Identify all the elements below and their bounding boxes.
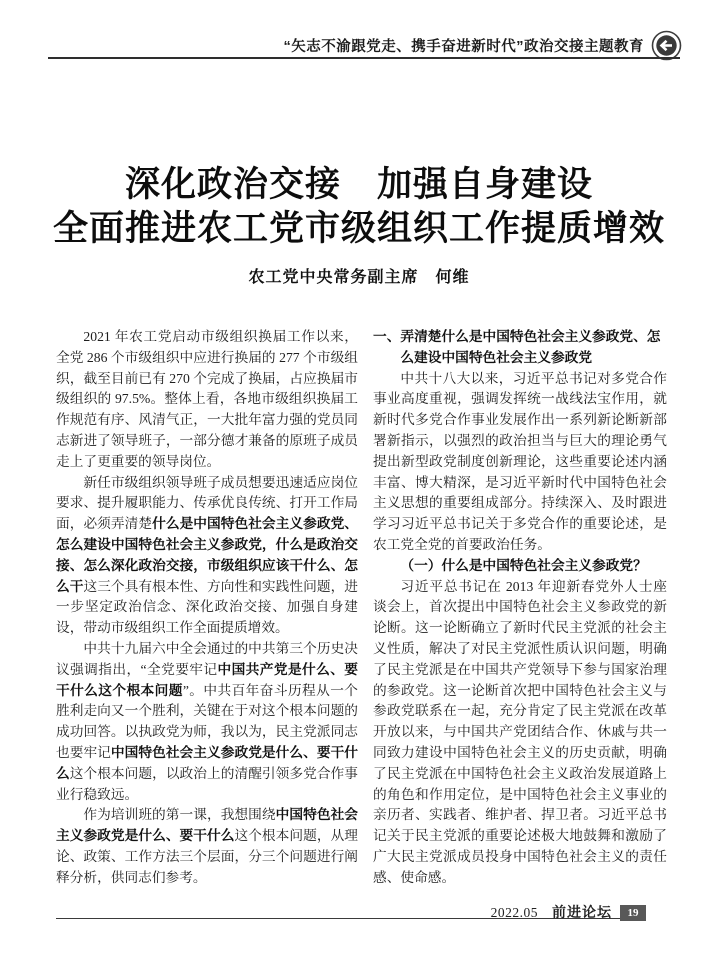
body-paragraph: 中共十九届六中全会通过的中共第三个历史决议强调指出，“全党要牢记中国共产党是什么… xyxy=(56,639,358,805)
article-title-block: 深化政治交接 加强自身建设 全面推进农工党市级组织工作提质增效 农工党中央常务副… xyxy=(0,163,718,287)
footer-meta: 2022.05前进论坛 xyxy=(56,902,612,922)
body-paragraph: 习近平总书记在 2013 年迎新春党外人士座谈会上，首次提出中国特色社会主义参政… xyxy=(373,577,667,889)
body-paragraph: 2021 年农工党启动市级组织换届工作以来，全党 286 个市级组织中应进行换届… xyxy=(56,327,358,473)
page-number-badge: 19 xyxy=(620,905,646,921)
body-text: 习近平总书记在 2013 年迎新春党外人士座谈会上，首次提出中国特色社会主义参政… xyxy=(373,579,667,885)
author-line: 农工党中央常务副主席 何维 xyxy=(0,264,718,287)
back-arrow-circle-icon xyxy=(651,30,682,61)
body-text: 这个根本问题，以政治上的清醒引领多党合作事业行稳致远。 xyxy=(56,766,358,802)
header-rule xyxy=(48,57,680,59)
header-strip: “矢志不渝跟党走、携手奋进新时代”政治交接主题教育 xyxy=(284,30,683,60)
section-heading: 一、弄清楚什么是中国特色社会主义参政党、怎么建设中国特色社会主义参政党 xyxy=(373,327,667,369)
body-text: （一）什么是中国特色社会主义参政党？ xyxy=(400,558,646,573)
article-title-line-2: 全面推进农工党市级组织工作提质增效 xyxy=(0,207,718,251)
body-paragraph: 作为培训班的第一课，我想围绕中国特色社会主义参政党是什么、要干什么这个根本问题，… xyxy=(56,805,358,888)
body-text: 2021 年农工党启动市级组织换届工作以来，全党 286 个市级组织中应进行换届… xyxy=(56,329,358,469)
body-paragraph: 中共十八大以来，习近平总书记对多党合作事业高度重视，强调发挥统一战线法宝作用，就… xyxy=(373,369,667,556)
body-text: 作为培训班的第一课，我想围绕 xyxy=(83,807,275,822)
body-text: 这三个具有根本性、方向性和实践性问题，进一步坚定政治信念、深化政治交接、加强自身… xyxy=(56,579,358,636)
right-column: 一、弄清楚什么是中国特色社会主义参政党、怎么建设中国特色社会主义参政党中共十八大… xyxy=(373,327,667,889)
issue-label: 2022.05 xyxy=(491,905,538,920)
magazine-page: “矢志不渝跟党走、携手奋进新时代”政治交接主题教育 深化政治交接 加强自身建设 … xyxy=(0,0,718,964)
header-strip-title: “矢志不渝跟党走、携手奋进新时代”政治交接主题教育 xyxy=(284,35,645,56)
journal-name: 前进论坛 xyxy=(552,906,612,921)
body-paragraph: 新任市级组织领导班子成员想要迅速适应岗位要求、提升履职能力、传承优良传统、打开工… xyxy=(56,473,358,639)
body-text: 一、弄清楚什么是中国特色社会主义参政党、怎么建设中国特色社会主义参政党 xyxy=(373,329,660,365)
article-title-line-1: 深化政治交接 加强自身建设 xyxy=(0,163,718,207)
body-text: 中共十八大以来，习近平总书记对多党合作事业高度重视，强调发挥统一战线法宝作用，就… xyxy=(373,371,667,552)
section-subheading: （一）什么是中国特色社会主义参政党？ xyxy=(373,556,667,577)
left-column: 2021 年农工党启动市级组织换届工作以来，全党 286 个市级组织中应进行换届… xyxy=(56,327,358,889)
